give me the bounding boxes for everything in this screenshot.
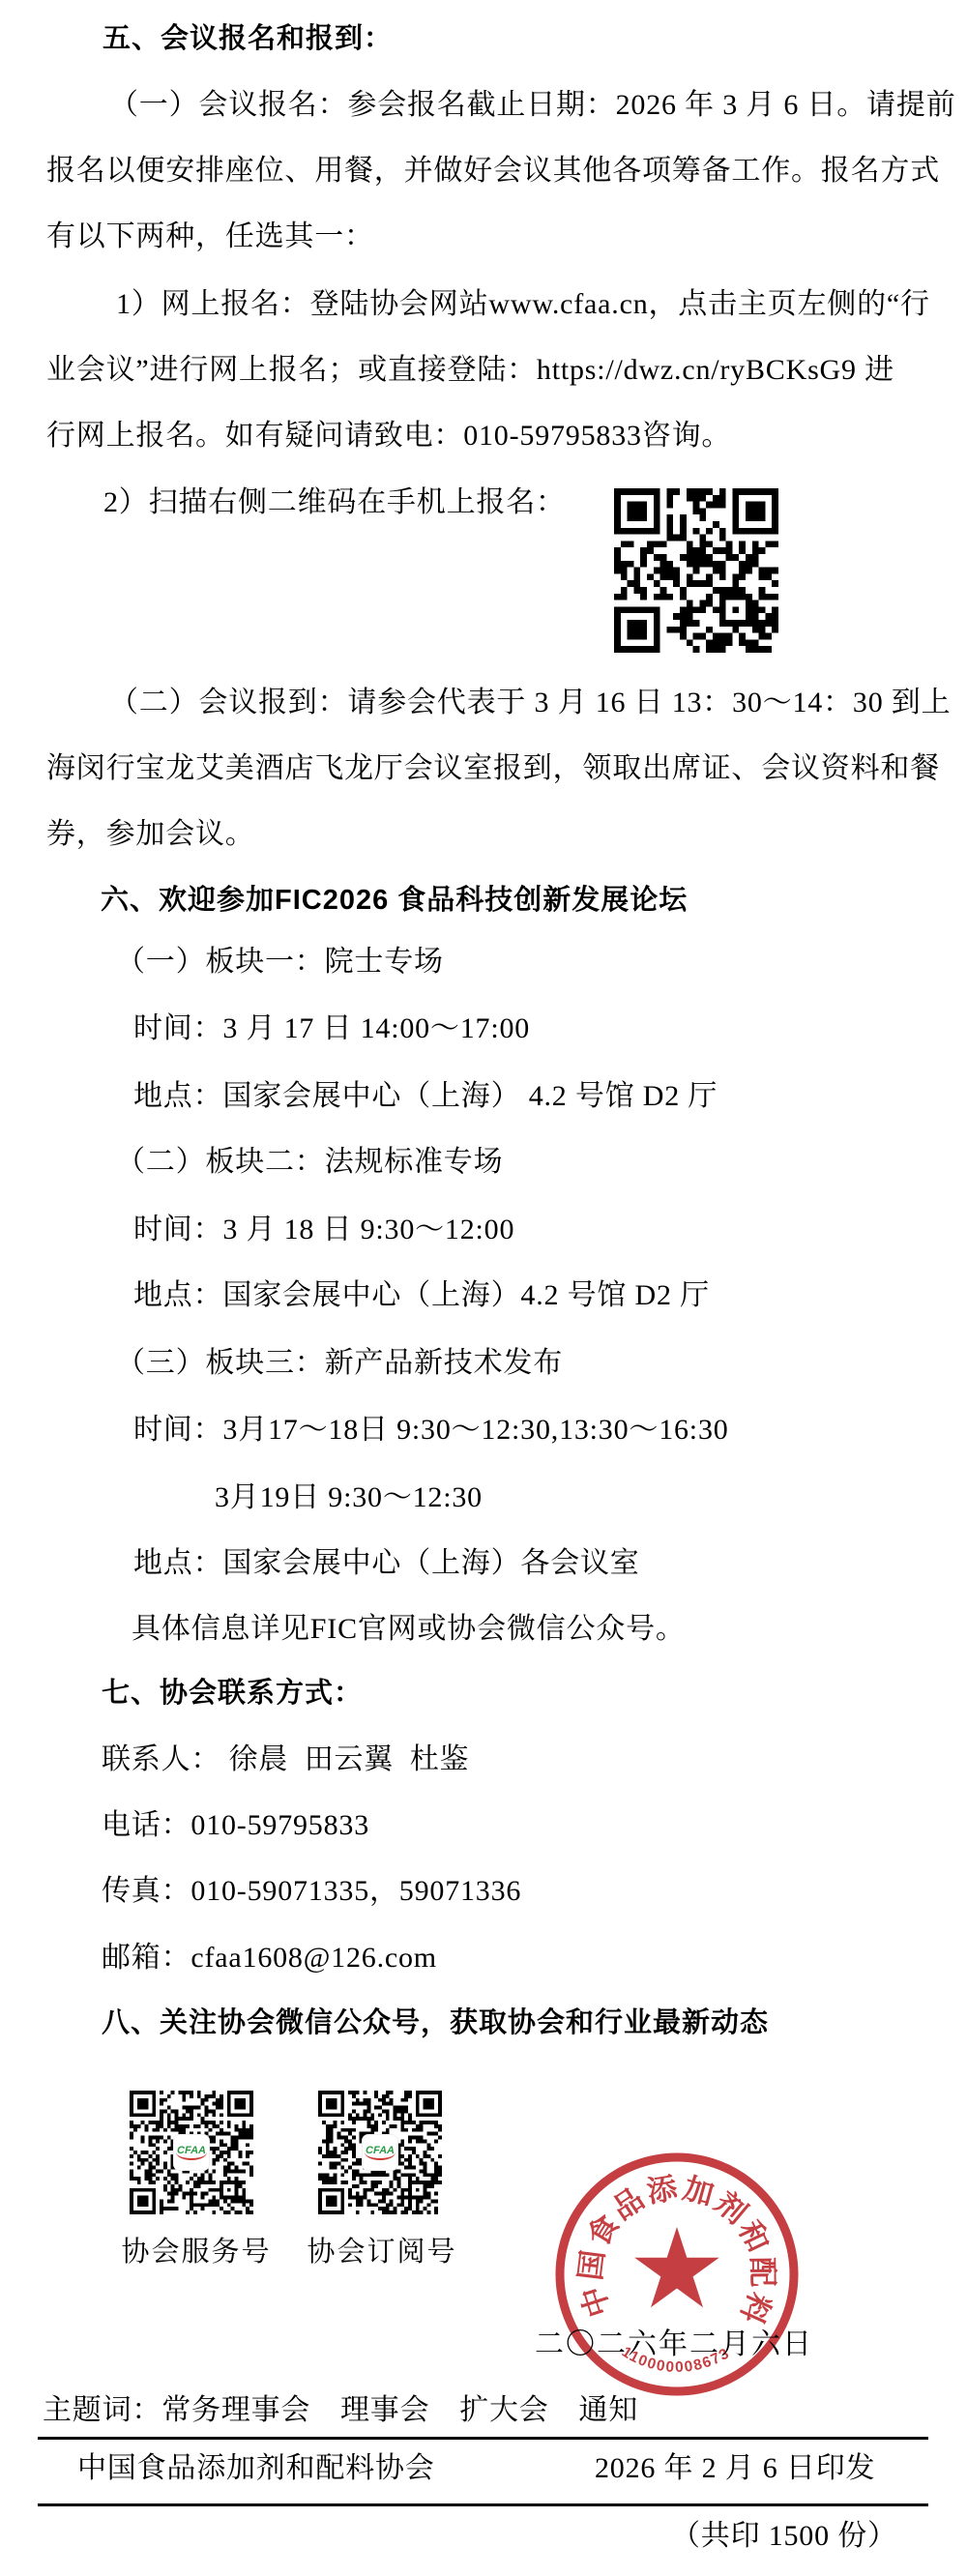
service-account-qr: CFAA [130, 2091, 253, 2214]
text-line: （二）板块二：法规标准专场 [116, 1146, 503, 1180]
subscribe-qr-label: 协会订阅号 [302, 2230, 462, 2269]
section-5-heading: 五、会议报名和报到： [103, 23, 393, 55]
service-qr-label: 协会服务号 [116, 2230, 277, 2269]
contact-persons-line: 联系人： 徐晨 田云翼 杜鉴 [102, 1743, 469, 1777]
text-line: 2）扫描右侧二维码在手机上报名： [103, 486, 566, 520]
text-line: 海闵行宝龙艾美酒店飞龙厅会议室报到，领取出席证、会议资料和餐 [46, 752, 940, 786]
text-line: 时间：3 月 18 日 9:30～12:00 [133, 1214, 514, 1247]
cfaa-logo: CFAA [363, 2135, 397, 2170]
text-line: 3月19日 9:30～12:30 [215, 1481, 483, 1515]
text-line: 地点：国家会展中心（上海） 4.2 号馆 D2 厅 [133, 1080, 718, 1114]
cfaa-logo-text: CFAA [365, 2145, 396, 2160]
text-line: 1）网上报名：登陆协会网站www.cfaa.cn，点击主页左侧的“行 [116, 288, 930, 322]
text-line: 行网上报名。如有疑问请致电：010-59795833咨询。 [46, 420, 731, 454]
issuer-name: 中国食品添加剂和配料协会 [77, 2452, 435, 2486]
keywords-line: 主题词：常务理事会 理事会 扩大会 通知 [43, 2394, 638, 2428]
cfaa-logo-text: CFAA [176, 2145, 207, 2160]
text-line: 时间：3 月 17 日 14:00～17:00 [133, 1012, 530, 1046]
text-line: 业会议”进行网上报名；或直接登陆：https://dwz.cn/ryBCKsG9… [46, 354, 894, 388]
email-line: 邮箱：cfaa1608@126.com [102, 1942, 437, 1976]
print-date: 2026 年 2 月 6 日印发 [595, 2452, 875, 2486]
text-line: 具体信息详见FIC官网或协会微信公众号。 [132, 1613, 686, 1647]
text-line: 有以下两种，任选其一： [46, 220, 374, 254]
phone-line: 电话：010-59795833 [102, 1809, 369, 1843]
section-7-heading: 七、协会联系方式： [102, 1678, 363, 1710]
section-8-heading: 八、关注协会微信公众号，获取协会和行业最新动态 [102, 2007, 769, 2039]
divider-line [38, 2503, 928, 2506]
text-line: 地点：国家会展中心（上海）各会议室 [133, 1547, 640, 1581]
cfaa-logo: CFAA [174, 2135, 209, 2170]
copies-note: （共印 1500 份） [671, 2520, 897, 2554]
text-line: （三）板块三：新产品新技术发布 [116, 1347, 563, 1381]
text-line: 报名以便安排座位、用餐，并做好会议其他各项筹备工作。报名方式 [46, 155, 940, 189]
fax-line: 传真：010-59071335，59071336 [102, 1875, 521, 1909]
registration-qr-code [614, 488, 778, 653]
seal-star-icon [634, 2227, 719, 2307]
official-seal: 中国食品添加剂和配料协会 1100000086736 [551, 2149, 803, 2400]
text-line: 券，参加会议。 [46, 818, 255, 852]
section-6-heading: 六、欢迎参加FIC2026 食品科技创新发展论坛 [101, 885, 688, 917]
notice-document-page: 五、会议报名和报到： （一）会议报名：参会报名截止日期：2026 年 3 月 6… [0, 0, 967, 2576]
text-line: 地点：国家会展中心（上海）4.2 号馆 D2 厅 [133, 1279, 710, 1313]
text-line: （二）会议报到：请参会代表于 3 月 16 日 13：30～14：30 到上 [109, 687, 951, 720]
divider-line [38, 2437, 928, 2440]
text-line: （一）会议报名：参会报名截止日期：2026 年 3 月 6 日。请提前 [109, 89, 956, 123]
text-line: （一）板块一：院士专场 [116, 946, 444, 980]
subscribe-account-qr: CFAA [318, 2091, 442, 2214]
text-line: 时间：3月17～18日 9:30～12:30,13:30～16:30 [133, 1414, 729, 1448]
qr-modules [614, 488, 778, 653]
